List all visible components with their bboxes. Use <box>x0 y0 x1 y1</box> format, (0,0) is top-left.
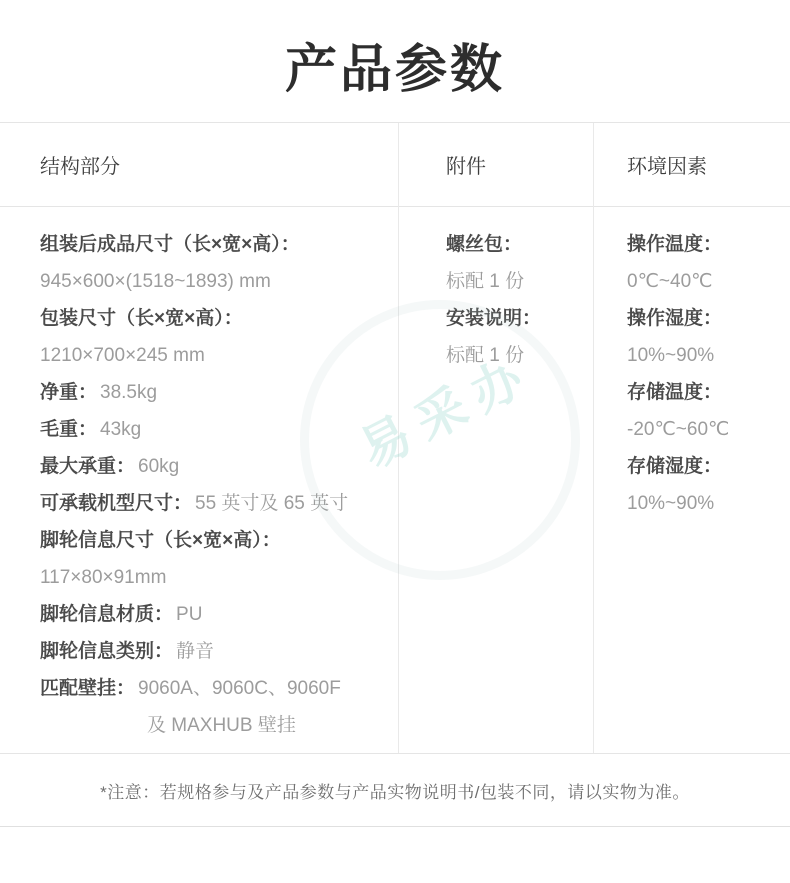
spec-value: -20℃~60℃ <box>627 419 729 440</box>
column-environment-header: 环境因素 <box>594 123 790 207</box>
page-title: 产品参数 <box>285 27 505 102</box>
spec-line: 0℃~40℃ <box>627 263 778 300</box>
spec-line: 存储湿度： <box>627 448 778 485</box>
spec-label: 最大承重： <box>40 456 135 477</box>
column-structure-body: 组装后成品尺寸（长×宽×高）： 945×600×(1518~1893) mm 包… <box>0 207 398 753</box>
spec-line: 117×80×91mm <box>40 559 386 596</box>
spec-label: 安装说明： <box>446 308 541 329</box>
spec-line: 匹配壁挂：9060A、9060C、9060F <box>40 670 386 707</box>
spec-label: 螺丝包： <box>446 234 522 255</box>
spec-line: 组装后成品尺寸（长×宽×高）： <box>40 226 386 263</box>
spec-label: 操作温度： <box>627 234 722 255</box>
spec-line-wrapped: 及 MAXHUB 壁挂 <box>40 707 386 744</box>
spec-line: 最大承重：60kg <box>40 448 386 485</box>
product-parameters-page: 产品参数 结构部分 组装后成品尺寸（长×宽×高）： 945×600×(1518~… <box>0 0 790 883</box>
column-accessories-body: 螺丝包： 标配 1 份 安装说明： 标配 1 份 <box>399 207 593 753</box>
footer-whitespace <box>0 827 790 880</box>
spec-label: 脚轮信息尺寸（长×宽×高）： <box>40 530 281 551</box>
spec-value: 及 MAXHUB 壁挂 <box>147 715 296 736</box>
spec-table: 结构部分 组装后成品尺寸（长×宽×高）： 945×600×(1518~1893)… <box>0 123 790 754</box>
spec-label: 净重： <box>40 382 97 403</box>
spec-line: 脚轮信息类别：静音 <box>40 633 386 670</box>
spec-value: 117×80×91mm <box>40 567 166 588</box>
spec-value: 标配 1 份 <box>446 271 524 292</box>
spec-line: 螺丝包： <box>446 226 581 263</box>
column-environment-body: 操作温度： 0℃~40℃ 操作湿度： 10%~90% 存储温度： -20℃~60… <box>594 207 790 753</box>
spec-line: 10%~90% <box>627 337 778 374</box>
spec-label: 脚轮信息材质： <box>40 604 173 625</box>
spec-value: 标配 1 份 <box>446 345 524 366</box>
spec-line: 存储温度： <box>627 374 778 411</box>
spec-value: 1210×700×245 mm <box>40 345 205 366</box>
spec-line: 脚轮信息尺寸（长×宽×高）： <box>40 522 386 559</box>
spec-label: 脚轮信息类别： <box>40 641 173 662</box>
spec-value: PU <box>176 604 202 625</box>
spec-value: 38.5kg <box>100 382 157 403</box>
spec-line: 脚轮信息材质：PU <box>40 596 386 633</box>
spec-value: 10%~90% <box>627 493 714 514</box>
spec-line: 1210×700×245 mm <box>40 337 386 374</box>
spec-line: 标配 1 份 <box>446 337 581 374</box>
footnote-text: *注意：若规格参与及产品参数与产品实物说明书/包装不同，请以实物为准。 <box>100 778 690 803</box>
spec-value: 55 英寸及 65 英寸 <box>195 493 348 514</box>
spec-value: 60kg <box>138 456 179 477</box>
spec-line: 安装说明： <box>446 300 581 337</box>
spec-value: 9060A、9060C、9060F <box>138 678 341 699</box>
spec-line: 包装尺寸（长×宽×高）： <box>40 300 386 337</box>
column-structure-header: 结构部分 <box>0 123 398 207</box>
spec-value: 10%~90% <box>627 345 714 366</box>
spec-line: 10%~90% <box>627 485 778 522</box>
spec-label: 毛重： <box>40 419 97 440</box>
spec-value: 43kg <box>100 419 141 440</box>
spec-label: 存储温度： <box>627 382 722 403</box>
spec-label: 匹配壁挂： <box>40 678 135 699</box>
spec-line: -20℃~60℃ <box>627 411 778 448</box>
spec-line: 净重：38.5kg <box>40 374 386 411</box>
spec-label: 操作湿度： <box>627 308 722 329</box>
spec-label: 组装后成品尺寸（长×宽×高）： <box>40 234 300 255</box>
spec-line: 操作湿度： <box>627 300 778 337</box>
column-accessories-header: 附件 <box>399 123 593 207</box>
spec-line: 毛重：43kg <box>40 411 386 448</box>
spec-value: 945×600×(1518~1893) mm <box>40 271 271 292</box>
column-environment: 环境因素 操作温度： 0℃~40℃ 操作湿度： 10%~90% 存储温度： -2… <box>593 123 790 753</box>
spec-line: 945×600×(1518~1893) mm <box>40 263 386 300</box>
spec-value: 静音 <box>176 641 214 662</box>
spec-label: 包装尺寸（长×宽×高）： <box>40 308 243 329</box>
spec-label: 可承载机型尺寸： <box>40 493 192 514</box>
spec-line: 操作温度： <box>627 226 778 263</box>
spec-value: 0℃~40℃ <box>627 271 712 292</box>
spec-label: 存储湿度： <box>627 456 722 477</box>
spec-line: 标配 1 份 <box>446 263 581 300</box>
spec-line: 可承载机型尺寸：55 英寸及 65 英寸 <box>40 485 386 522</box>
column-accessories: 附件 螺丝包： 标配 1 份 安装说明： 标配 1 份 <box>398 123 593 753</box>
column-structure: 结构部分 组装后成品尺寸（长×宽×高）： 945×600×(1518~1893)… <box>0 123 398 753</box>
footnote-row: *注意：若规格参与及产品参数与产品实物说明书/包装不同，请以实物为准。 <box>0 754 790 827</box>
page-header: 产品参数 <box>0 0 790 123</box>
